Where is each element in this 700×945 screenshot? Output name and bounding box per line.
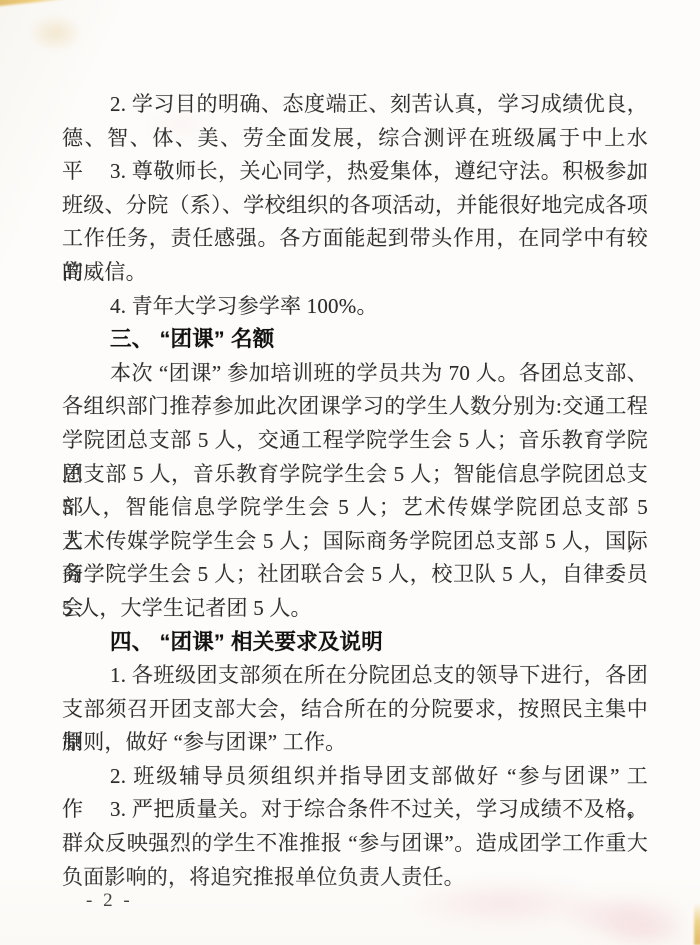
text-line: 原则，做好 “参与团课” 工作。: [62, 726, 648, 760]
text-line: 3. 严把质量关。对于综合条件不过关，学习成绩不及格，: [62, 793, 648, 827]
document-body: 2. 学习目的明确、态度端正、刻苦认真，学习成绩优良，德、智、体、美、劳全面发展…: [62, 88, 648, 894]
text-line: 负面影响的，将追究推报单位负责人责任。: [62, 861, 648, 895]
scan-artifact-corner-streak: [0, 0, 95, 8]
section-heading: 四、 “团课” 相关要求及说明: [62, 626, 648, 660]
text-line: 学院团总支部 5 人，交通工程学院学生会 5 人；音乐教育学院团: [62, 424, 648, 458]
text-line: 支部须召开团支部大会，结合所在的分院要求，按照民主集中制: [62, 693, 648, 727]
scan-artifact-edge-streak: [694, 903, 700, 945]
text-line: 群众反映强烈的学生不准推报 “参与团课”。造成团学工作重大: [62, 827, 648, 861]
text-line: 艺术传媒学院学生会 5 人；国际商务学院团总支部 5 人，国际商: [62, 525, 648, 559]
section-heading: 三、 “团课” 名额: [62, 323, 648, 357]
text-line: 1. 各班级团支部须在所在分院团总支的领导下进行，各团: [62, 659, 648, 693]
text-line: 4. 青年大学习参学率 100%。: [62, 290, 648, 324]
text-line: 德、智、体、美、劳全面发展，综合测评在班级属于中上水平。: [62, 122, 648, 156]
page-number: - 2 -: [86, 890, 133, 912]
text-line: 5 人，大学生记者团 5 人。: [62, 592, 648, 626]
text-line: 3. 尊敬师长，关心同学，热爱集体，遵纪守法。积极参加: [62, 155, 648, 189]
scan-artifact-smudge: [598, 918, 693, 945]
text-line: 务学院学生会 5 人；社团联合会 5 人，校卫队 5 人，自律委员会: [62, 558, 648, 592]
text-line: 工作任务，责任感强。各方面能起到带头作用，在同学中有较高: [62, 222, 648, 256]
text-line: 2. 学习目的明确、态度端正、刻苦认真，学习成绩优良，: [62, 88, 648, 122]
scanned-document-page: 2. 学习目的明确、态度端正、刻苦认真，学习成绩优良，德、智、体、美、劳全面发展…: [0, 0, 700, 945]
text-line: 本次 “团课” 参加培训班的学员共为 70 人。各团总支部、: [62, 357, 648, 391]
text-line: 的威信。: [62, 256, 648, 290]
scan-artifact-corner-blotch: [28, 14, 83, 52]
text-line: 各组织部门推荐参加此次团课学习的学生人数分别为:交通工程: [62, 390, 648, 424]
text-line: 2. 班级辅导员须组织并指导团支部做好 “参与团课” 工作。: [62, 760, 648, 794]
scan-artifact-smudge: [558, 893, 693, 941]
text-line: 班级、分院（系）、学校组织的各项活动，并能很好地完成各项: [62, 189, 648, 223]
text-line: 总支部 5 人，音乐教育学院学生会 5 人；智能信息学院团总支部: [62, 458, 648, 492]
text-line: 5 人，智能信息学院学生会 5 人；艺术传媒学院团总支部 5 人，: [62, 491, 648, 525]
